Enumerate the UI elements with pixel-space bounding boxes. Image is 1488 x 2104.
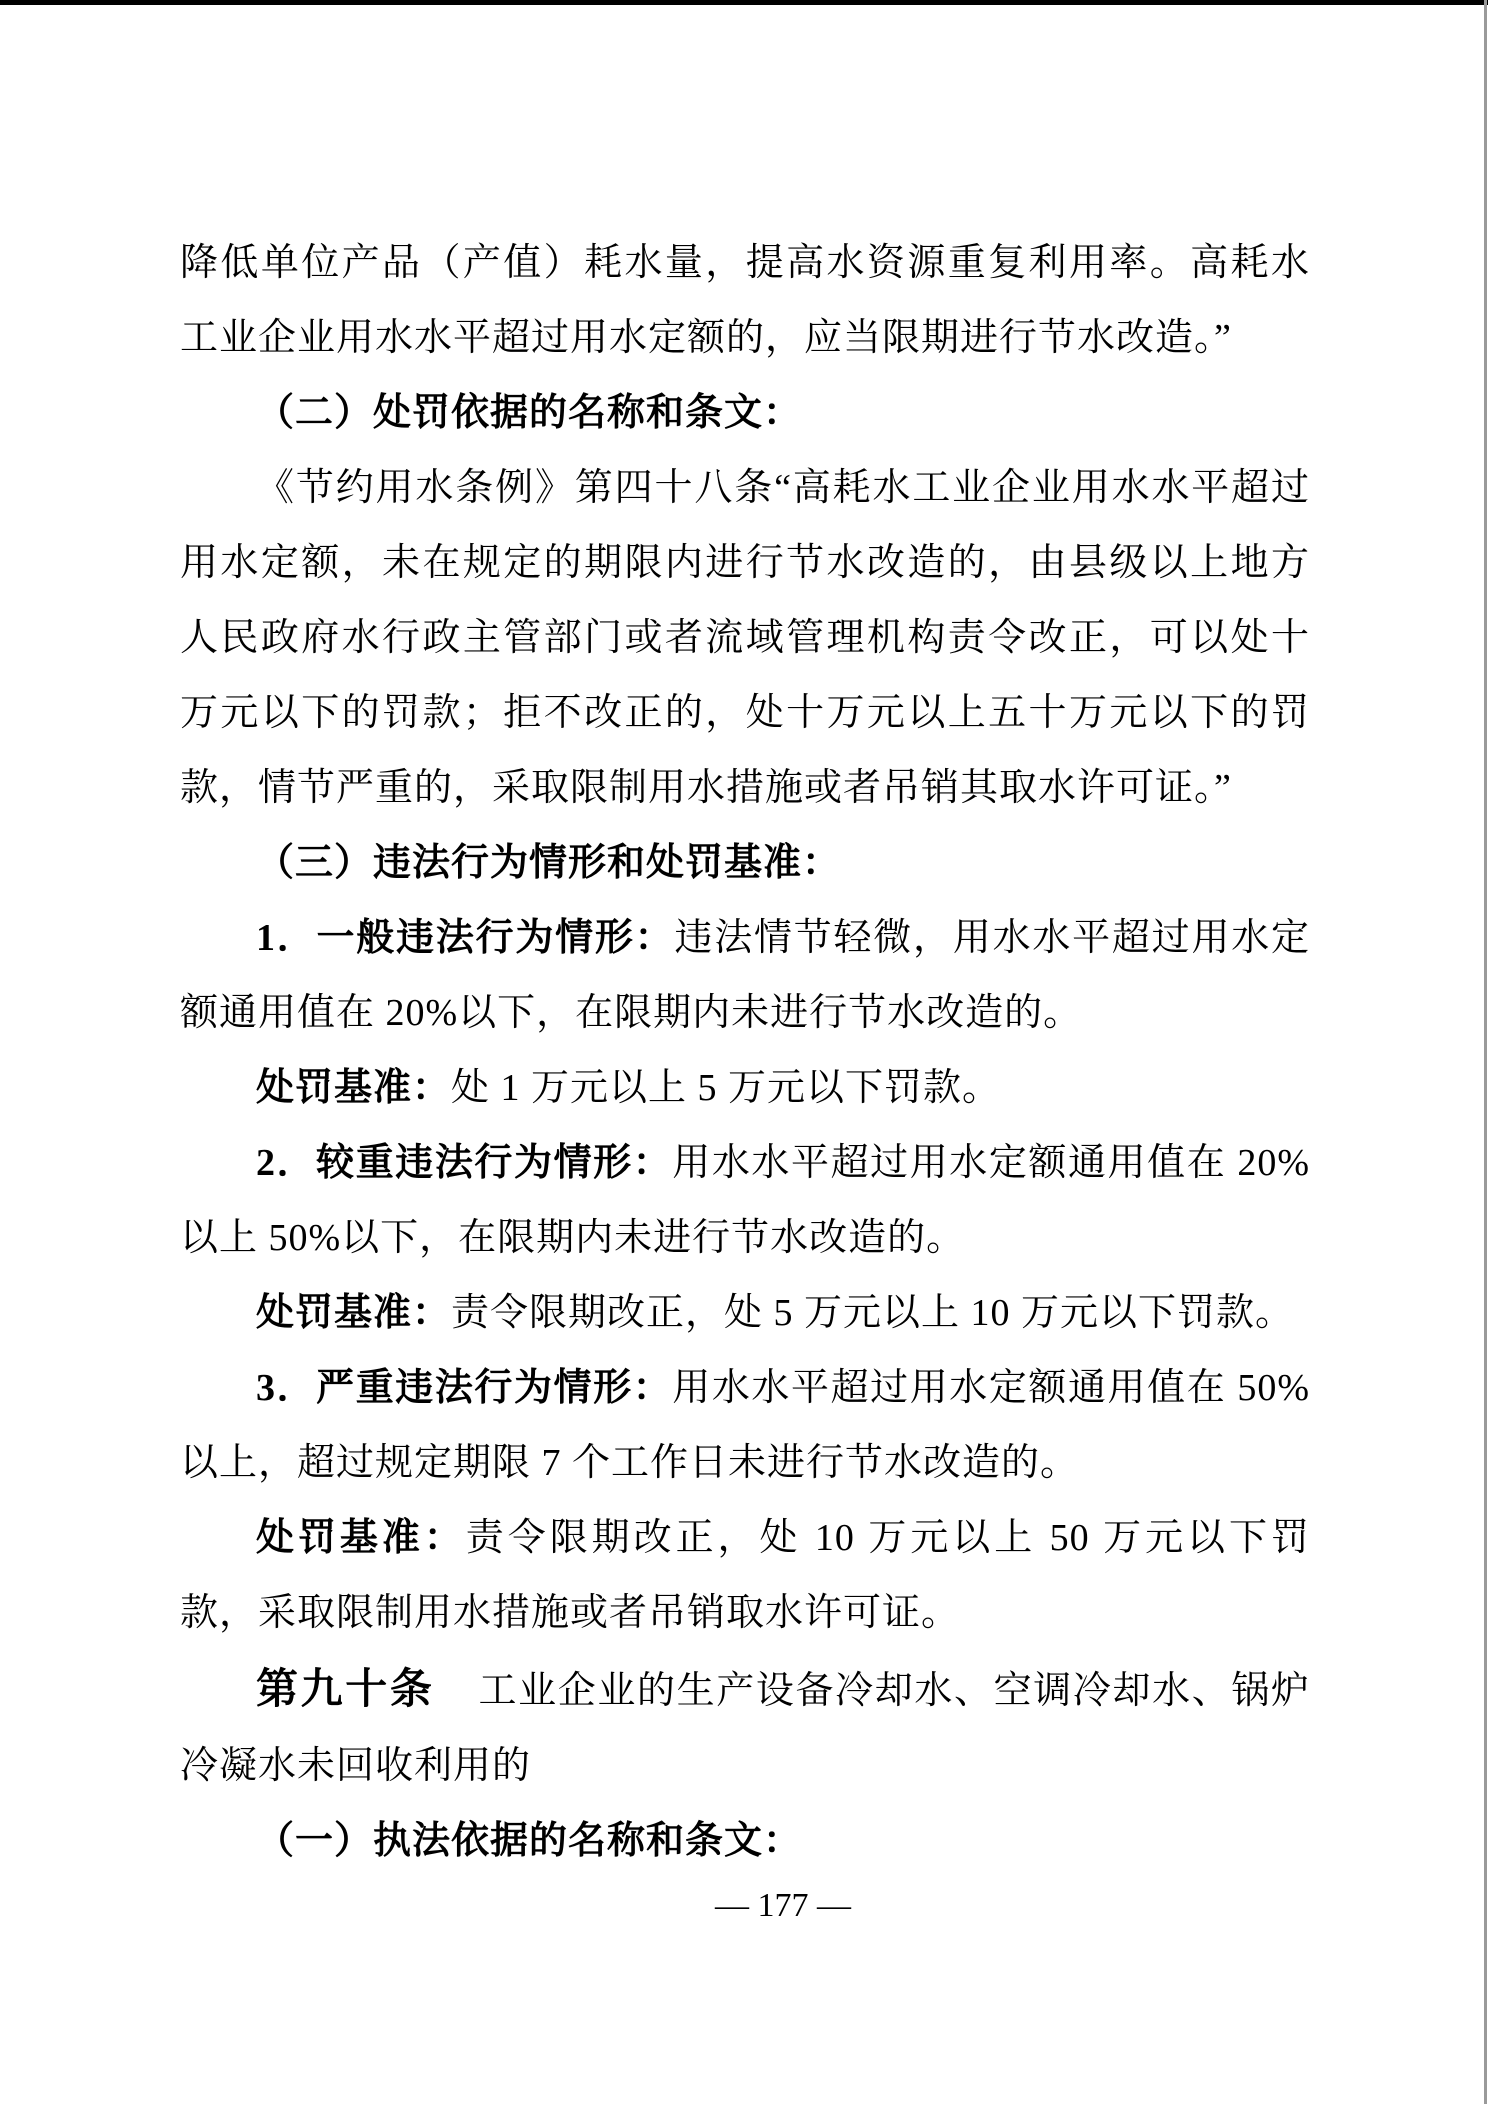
section-heading: （二）处罚依据的名称和条文： [180, 376, 1310, 451]
body-paragraph: 处罚基准：处 1 万元以上 5 万元以下罚款。 [180, 1051, 1310, 1126]
scan-edge-right [1484, 0, 1487, 2104]
paragraph-label: 处罚基准： [256, 1292, 451, 1334]
document-body: 降低单位产品（产值）耗水量，提高水资源重复利用率。高耗水工业企业用水水平超过用水… [180, 226, 1310, 1879]
page-number: — 177 — [0, 1886, 1488, 1926]
body-paragraph: 2．较重违法行为情形：用水水平超过用水定额通用值在 20%以上 50%以下，在限… [180, 1126, 1310, 1276]
paragraph-label: 1．一般违法行为情形： [256, 917, 674, 959]
paragraph-label: （一）执法依据的名称和条文： [256, 1820, 802, 1862]
body-paragraph: 处罚基准：责令限期改正，处 5 万元以上 10 万元以下罚款。 [180, 1276, 1310, 1351]
body-paragraph: 1．一般违法行为情形：违法情节轻微，用水水平超过用水定额通用值在 20%以下，在… [180, 901, 1310, 1051]
body-paragraph: 3．严重违法行为情形：用水水平超过用水定额通用值在 50%以上，超过规定期限 7… [180, 1351, 1310, 1501]
article-number-label: 第九十条 [256, 1664, 435, 1713]
paragraph-label: 处罚基准： [256, 1517, 466, 1559]
paragraph-label: 2．较重违法行为情形： [256, 1142, 672, 1184]
body-paragraph: 《节约用水条例》第四十八条“高耗水工业企业用水水平超过用水定额，未在规定的期限内… [180, 451, 1310, 826]
article-paragraph: 第九十条工业企业的生产设备冷却水、空调冷却水、锅炉冷凝水未回收利用的 [180, 1651, 1310, 1804]
section-heading: （三）违法行为情形和处罚基准： [180, 826, 1310, 901]
paragraph-label: 处罚基准： [256, 1067, 451, 1109]
paragraph-label: 3．严重违法行为情形： [256, 1367, 672, 1409]
body-paragraph: 处罚基准：责令限期改正，处 10 万元以上 50 万元以下罚款，采取限制用水措施… [180, 1501, 1310, 1651]
body-paragraph: 降低单位产品（产值）耗水量，提高水资源重复利用率。高耗水工业企业用水水平超过用水… [180, 226, 1310, 376]
section-heading: （一）执法依据的名称和条文： [180, 1804, 1310, 1879]
scan-edge-top [0, 0, 1488, 5]
paragraph-label: （三）违法行为情形和处罚基准： [256, 842, 841, 884]
paragraph-label: （二）处罚依据的名称和条文： [256, 392, 802, 434]
document-page: 降低单位产品（产值）耗水量，提高水资源重复利用率。高耗水工业企业用水水平超过用水… [0, 0, 1488, 2104]
